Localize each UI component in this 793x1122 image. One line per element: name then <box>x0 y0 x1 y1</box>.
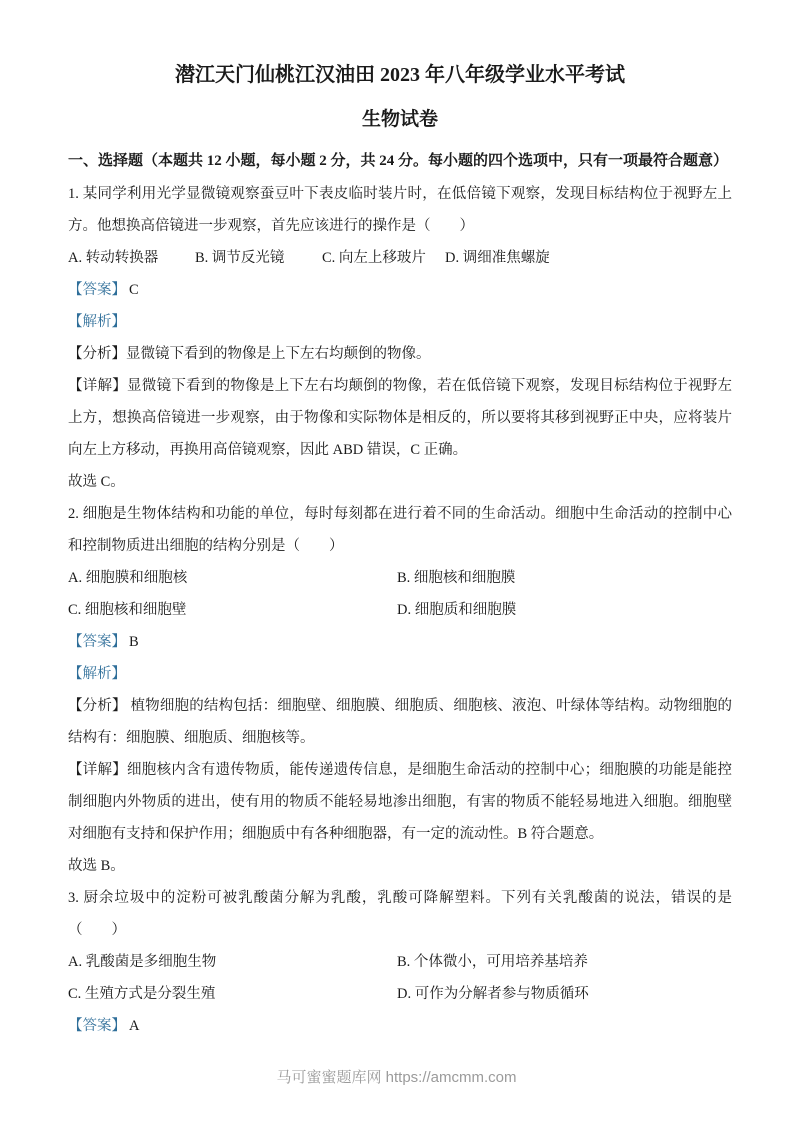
question-block-2: 2. 细胞是生物体结构和功能的单位，每时每刻都在进行着不同的生命活动。细胞中生命… <box>68 498 732 882</box>
answer-value: B <box>129 634 139 650</box>
answer-label: 【答案】 <box>68 282 126 298</box>
answer-value: C <box>129 282 139 298</box>
question-stem: 3. 厨余垃圾中的淀粉可被乳酸菌分解为乳酸，乳酸可降解塑料。下列有关乳酸菌的说法… <box>68 882 732 946</box>
exam-paper-page: 潜江天门仙桃江汉油田 2023 年八年级学业水平考试 生物试卷 一、选择题（本题… <box>0 0 793 1122</box>
analysis-text: 【分析】 植物细胞的结构包括：细胞壁、细胞膜、细胞质、细胞核、液泡、叶绿体等结构… <box>68 690 732 754</box>
option-d: D. 调细准焦螺旋 <box>445 242 732 274</box>
doc-subtitle: 生物试卷 <box>68 107 732 133</box>
answer-label: 【答案】 <box>68 1018 126 1034</box>
option-c: C. 生殖方式是分裂生殖 <box>68 978 397 1010</box>
footer-credit: 马可蜜蜜题库网 https://amcmm.com <box>0 1066 793 1087</box>
option-a: A. 转动转换器 <box>68 242 195 274</box>
analysis-line: 【解析】 <box>68 658 732 690</box>
options-row: A. 转动转换器 B. 调节反光镜 C. 向左上移玻片 D. 调细准焦螺旋 <box>68 242 732 274</box>
option-a: A. 细胞膜和细胞核 <box>68 562 397 594</box>
option-b: B. 细胞核和细胞膜 <box>397 562 732 594</box>
option-c: C. 细胞核和细胞壁 <box>68 594 397 626</box>
question-stem: 2. 细胞是生物体结构和功能的单位，每时每刻都在进行着不同的生命活动。细胞中生命… <box>68 498 732 562</box>
page-title: 潜江天门仙桃江汉油田 2023 年八年级学业水平考试 <box>68 62 732 89</box>
answer-line: 【答案】C <box>68 274 732 306</box>
answer-line: 【答案】A <box>68 1010 732 1042</box>
options-grid: A. 细胞膜和细胞核 B. 细胞核和细胞膜 C. 细胞核和细胞壁 D. 细胞质和… <box>68 562 732 626</box>
detail-text: 【详解】显微镜下看到的物像是上下左右均颠倒的物像，若在低倍镜下观察，发现目标结构… <box>68 370 732 466</box>
option-a: A. 乳酸菌是多细胞生物 <box>68 946 397 978</box>
section-heading: 一、选择题（本题共 12 小题，每小题 2 分，共 24 分。每小题的四个选项中… <box>68 145 732 178</box>
option-d: D. 细胞质和细胞膜 <box>397 594 732 626</box>
analysis-text: 【分析】显微镜下看到的物像是上下左右均颠倒的物像。 <box>68 338 732 370</box>
answer-value: A <box>129 1018 139 1034</box>
options-grid: A. 乳酸菌是多细胞生物 B. 个体微小，可用培养基培养 C. 生殖方式是分裂生… <box>68 946 732 1010</box>
option-d: D. 可作为分解者参与物质循环 <box>397 978 732 1010</box>
detail-text: 【详解】细胞核内含有遗传物质，能传递遗传信息，是细胞生命活动的控制中心；细胞膜的… <box>68 754 732 850</box>
answer-line: 【答案】B <box>68 626 732 658</box>
question-stem: 1. 某同学利用光学显微镜观察蚕豆叶下表皮临时装片时，在低倍镜下观察，发现目标结… <box>68 178 732 242</box>
option-c: C. 向左上移玻片 <box>322 242 445 274</box>
option-b: B. 个体微小，可用培养基培养 <box>397 946 732 978</box>
conclusion-text: 故选 B。 <box>68 850 732 882</box>
answer-label: 【答案】 <box>68 634 126 650</box>
analysis-line: 【解析】 <box>68 306 732 338</box>
conclusion-text: 故选 C。 <box>68 466 732 498</box>
question-block-3: 3. 厨余垃圾中的淀粉可被乳酸菌分解为乳酸，乳酸可降解塑料。下列有关乳酸菌的说法… <box>68 882 732 1042</box>
analysis-label: 【解析】 <box>68 314 126 330</box>
option-b: B. 调节反光镜 <box>195 242 322 274</box>
page-content: 潜江天门仙桃江汉油田 2023 年八年级学业水平考试 生物试卷 一、选择题（本题… <box>0 0 793 1042</box>
question-block-1: 1. 某同学利用光学显微镜观察蚕豆叶下表皮临时装片时，在低倍镜下观察，发现目标结… <box>68 178 732 498</box>
analysis-label: 【解析】 <box>68 666 126 682</box>
